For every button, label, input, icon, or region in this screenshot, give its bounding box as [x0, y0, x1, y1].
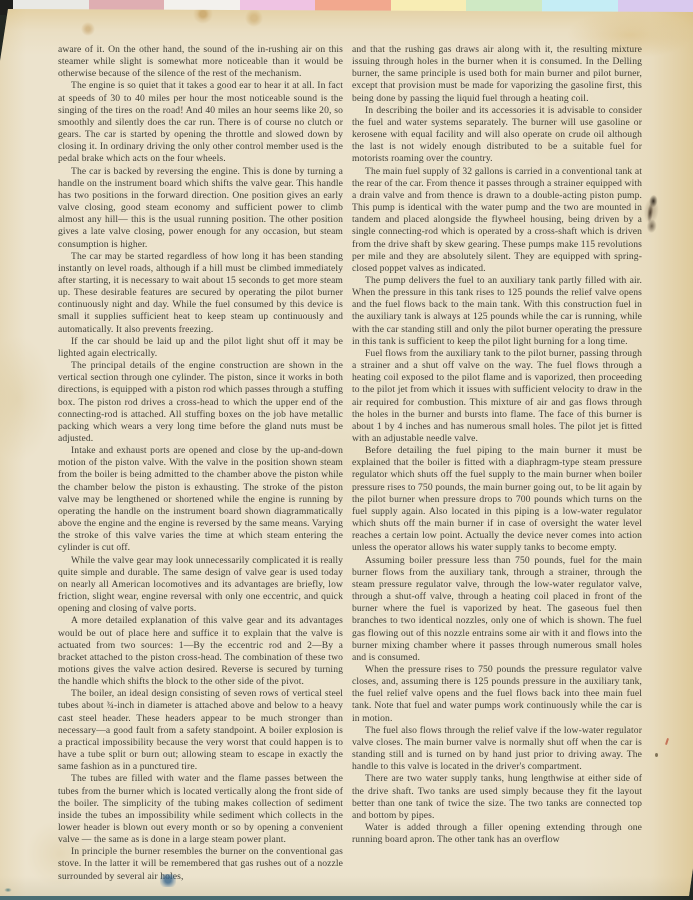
paragraph: The fuel also flows through the relief v…	[352, 725, 642, 774]
ink-smudge	[639, 192, 664, 236]
corner-teal-spot	[3, 886, 15, 894]
paragraph: Assuming boiler pressure less than 750 p…	[352, 555, 642, 664]
paragraph: The engine is so quiet that it takes a g…	[58, 80, 343, 165]
paragraph: In describing the boiler and its accesso…	[352, 105, 642, 166]
paragraph: Fuel flows from the auxiliary tank to th…	[352, 348, 642, 445]
paragraph: The tubes are filled with water and the …	[58, 773, 343, 846]
page-text: aware of it. On the other hand, the soun…	[58, 44, 642, 883]
paragraph: The pump delivers the fuel to an auxilia…	[352, 275, 642, 348]
paragraph: aware of it. On the other hand, the soun…	[58, 44, 343, 80]
paragraph: In principle the burner resembles the bu…	[58, 846, 343, 882]
paragraph: The main fuel supply of 32 gallons is ca…	[352, 166, 642, 275]
small-ink-dot	[655, 753, 658, 757]
paragraph: The car is backed by reversing the engin…	[58, 166, 343, 251]
paragraph: The car may be started regardless of how…	[58, 251, 343, 336]
blue-ink-spot	[160, 874, 176, 887]
text-column-left: aware of it. On the other hand, the soun…	[58, 44, 343, 883]
paragraph: Water is added through a filler opening …	[352, 822, 642, 846]
paragraph: If the car should be laid up and the pil…	[58, 336, 343, 360]
paragraph: While the valve gear may look unnecessar…	[58, 555, 343, 616]
scanned-page: aware of it. On the other hand, the soun…	[0, 9, 693, 896]
paragraph: and that the rushing gas draws air along…	[352, 44, 642, 105]
paragraph: The boiler, an ideal design consisting o…	[58, 688, 343, 773]
paragraph: A more detailed explanation of this valv…	[58, 615, 343, 688]
paragraph: Before detailing the fuel piping to the …	[352, 445, 642, 554]
red-pencil-tick	[665, 738, 669, 745]
paragraph: There are two water supply tanks, hung l…	[352, 773, 642, 822]
paragraph: Intake and exhaust ports are opened and …	[58, 445, 343, 554]
paragraph: The principal details of the engine cons…	[58, 360, 343, 445]
text-column-right: and that the rushing gas draws air along…	[352, 44, 642, 883]
paragraph: When the pressure rises to 750 pounds th…	[352, 664, 642, 725]
